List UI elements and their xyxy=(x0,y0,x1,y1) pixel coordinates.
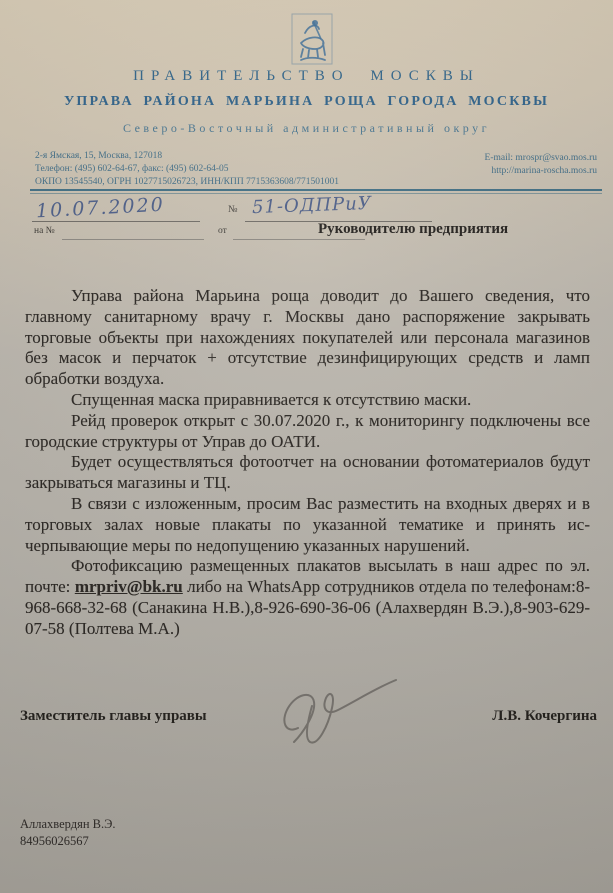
letterhead-address: 2-я Ямская, 15, Москва, 127018 xyxy=(35,150,339,163)
in-reply-to-label: на № xyxy=(34,226,55,236)
body-paragraph-3: Рейд проверок открыт с 30.07.2020 г., к … xyxy=(25,411,590,453)
body-paragraph-2: Спущенная маска приравнивается к отсутст… xyxy=(25,390,590,411)
in-reply-to-underline xyxy=(62,239,204,240)
letterhead-district-subtitle: Северо-Восточный административный округ xyxy=(0,121,613,136)
letterhead-website: http://marina-roscha.mos.ru xyxy=(485,165,597,178)
signer-position-title: Заместитель главы управы xyxy=(20,708,207,725)
date-underline xyxy=(32,221,200,222)
letterhead-phone-fax: Телефон: (495) 602-64-67, факс: (495) 60… xyxy=(35,163,339,176)
handwritten-signature xyxy=(268,650,408,755)
document-photo: ПРАВИТЕЛЬСТВО МОСКВЫ УПРАВА РАЙОНА МАРЬИ… xyxy=(0,0,613,893)
addressee-line: Руководителю предприятия xyxy=(318,221,508,238)
body-paragraph-6: Фотофиксацию размещенных плакатов высыла… xyxy=(25,556,590,639)
executor-name: Аллахвердян В.Э. xyxy=(20,816,116,833)
letterhead-registration-codes: ОКПО 13545540, ОГРН 1027715026723, ИНН/К… xyxy=(35,176,339,189)
body-paragraph-1: Управа района Марьина роща доводит до Ва… xyxy=(25,286,590,390)
handwritten-date: 10.07.2020 xyxy=(36,194,166,223)
from-date-label: от xyxy=(218,226,227,236)
letterhead-web-block: E-mail: mrospr@svao.mos.ru http://marina… xyxy=(485,152,597,178)
executor-phone: 84956026567 xyxy=(20,833,116,850)
signer-name: Л.В. Кочергина xyxy=(492,708,597,725)
body-paragraph-4: Будет осуществляться фотоотчет на основа… xyxy=(25,452,590,494)
contact-email-text: mrpriv@bk.ru xyxy=(75,577,183,596)
letter-body: Управа района Марьина роща доводит до Ва… xyxy=(25,286,590,640)
from-date-underline xyxy=(233,239,365,240)
letterhead-email: E-mail: mrospr@svao.mos.ru xyxy=(485,152,597,165)
letterhead-contact-block: 2-я Ямская, 15, Москва, 127018 Телефон: … xyxy=(35,150,339,189)
handwritten-outgoing-number: 51-ОДПРиУ xyxy=(252,193,372,218)
body-paragraph-5: В связи с изложенным, просим Вас размест… xyxy=(25,494,590,556)
moscow-coat-of-arms-icon xyxy=(291,13,333,69)
letterhead-organization-title: УПРАВА РАЙОНА МАРЬИНА РОЩА ГОРОДА МОСКВЫ xyxy=(0,94,613,110)
executor-block: Аллахвердян В.Э. 84956026567 xyxy=(20,816,116,850)
letterhead-separator-rule xyxy=(30,189,602,191)
letterhead-government-title: ПРАВИТЕЛЬСТВО МОСКВЫ xyxy=(0,68,613,85)
number-sign-label: № xyxy=(228,204,238,215)
